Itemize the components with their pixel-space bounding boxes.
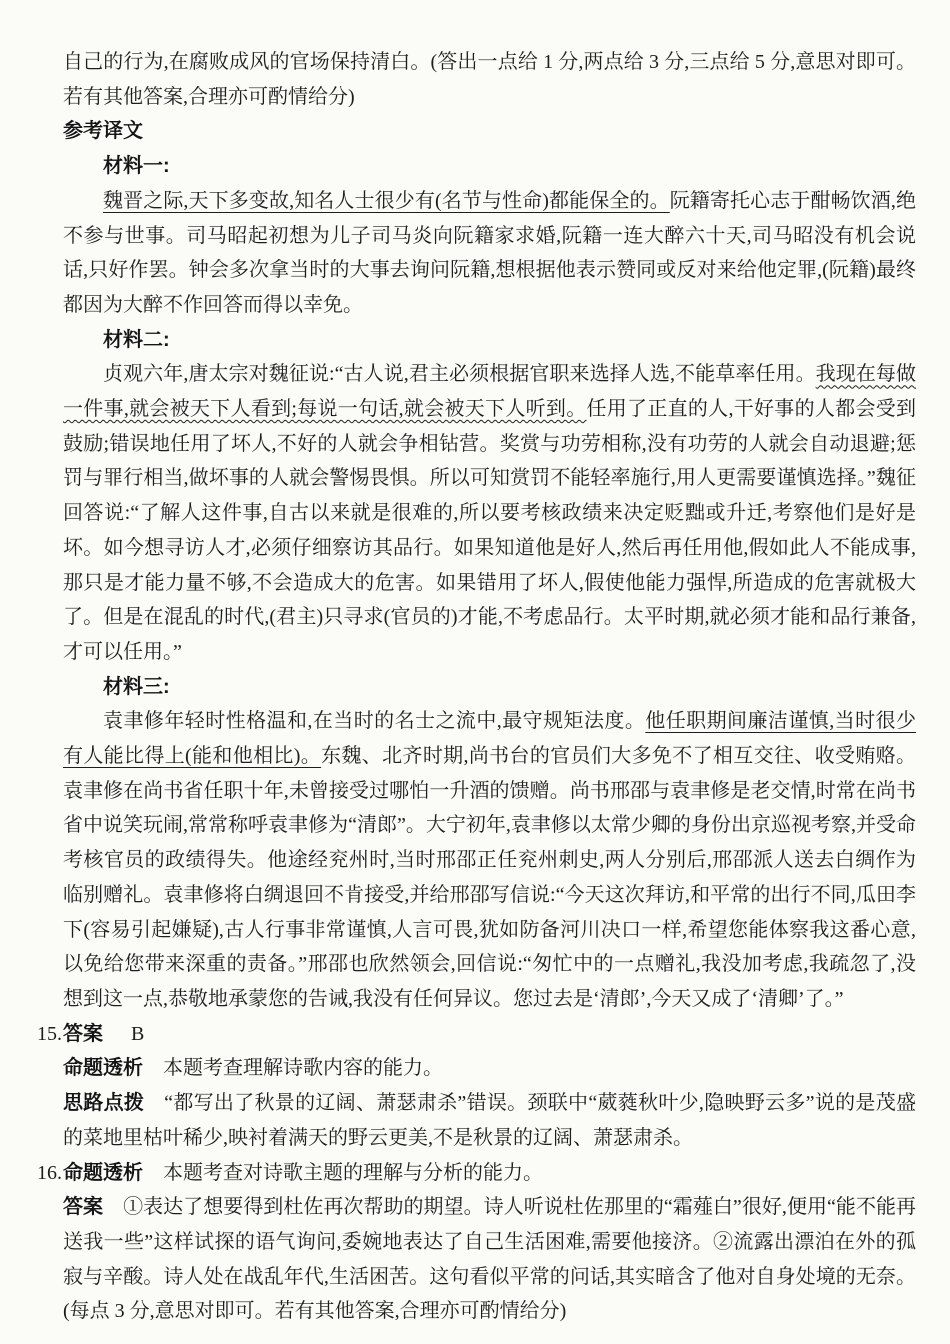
translation-text: 任用了正直的人,干好事的人都会受到鼓励;错误地任用了坏人,不好的人就会争相钻营。… (63, 398, 916, 663)
analysis-row: 命题透析本题考查对诗歌主题的理解与分析的能力。 (63, 1156, 916, 1191)
underlined-sentence: 魏晋之际,天下多变故,知名人士很少有(名节与性命)都能保全的。 (103, 190, 670, 212)
material-2-label: 材料二: (63, 323, 916, 358)
answer-choice: B (131, 1023, 144, 1045)
translation-text: 袁聿修年轻时性格温和,在当时的名士之流中,最守规矩法度。 (103, 710, 645, 732)
material-2-section: 材料二: 贞观六年,唐太宗对魏征说:“古人说,君主必须根据官职来选择人选,不能草… (63, 323, 916, 670)
material-1-section: 材料一: 魏晋之际,天下多变故,知名人士很少有(名节与性命)都能保全的。阮籍寄托… (63, 149, 916, 323)
analysis-text: 本题考查理解诗歌内容的能力。 (163, 1057, 443, 1079)
hint-label: 思路点拨 (63, 1092, 144, 1114)
intro-continuation-paragraph: 自己的行为,在腐败成风的官场保持清白。(答出一点给 1 分,两点给 3 分,三点… (63, 45, 916, 114)
hint-text: “都写出了秋景的辽阔、萧瑟肃杀”错误。颈联中“葳蕤秋叶少,隐映野云多”说的是茂盛… (63, 1092, 916, 1149)
material-3-section: 材料三: 袁聿修年轻时性格温和,在当时的名士之流中,最守规矩法度。他任职期间廉洁… (63, 670, 916, 1017)
answer-label: 答案 (63, 1023, 103, 1045)
answer-row: 答案B (63, 1017, 916, 1052)
analysis-label: 命题透析 (63, 1057, 143, 1079)
answer-item-16: 16. 命题透析本题考查对诗歌主题的理解与分析的能力。 答案①表达了想要得到杜佐… (63, 1156, 916, 1330)
answer-row: 答案①表达了想要得到杜佐再次帮助的期望。诗人听说杜佐那里的“霜薤白”很好,便用“… (63, 1190, 916, 1329)
reference-translation-heading: 参考译文 (63, 114, 916, 149)
item-number: 15. (37, 1017, 62, 1052)
translation-text: 贞观六年,唐太宗对魏征说:“古人说,君主必须根据官职来选择人选,不能草率任用。 (103, 363, 816, 385)
item-number: 16. (37, 1156, 62, 1191)
exam-answer-page: 自己的行为,在腐败成风的官场保持清白。(答出一点给 1 分,两点给 3 分,三点… (0, 0, 950, 1329)
answer-text: ①表达了想要得到杜佐再次帮助的期望。诗人听说杜佐那里的“霜薤白”很好,便用“能不… (63, 1196, 916, 1322)
answer-item-15: 15. 答案B 命题透析本题考查理解诗歌内容的能力。 思路点拨“都写出了秋景的辽… (63, 1017, 916, 1156)
answer-label: 答案 (63, 1196, 103, 1218)
analysis-label: 命题透析 (63, 1162, 143, 1184)
material-3-label: 材料三: (63, 670, 916, 705)
material-1-label: 材料一: (63, 149, 916, 184)
analysis-row: 命题透析本题考查理解诗歌内容的能力。 (63, 1051, 916, 1086)
material-1-translation: 魏晋之际,天下多变故,知名人士很少有(名节与性命)都能保全的。阮籍寄托心志于酣畅… (63, 184, 916, 323)
analysis-text: 本题考查对诗歌主题的理解与分析的能力。 (163, 1162, 543, 1184)
material-3-translation: 袁聿修年轻时性格温和,在当时的名士之流中,最守规矩法度。他任职期间廉洁谨慎,当时… (63, 704, 916, 1016)
hint-row: 思路点拨“都写出了秋景的辽阔、萧瑟肃杀”错误。颈联中“葳蕤秋叶少,隐映野云多”说… (63, 1086, 916, 1155)
material-2-translation: 贞观六年,唐太宗对魏征说:“古人说,君主必须根据官职来选择人选,不能草率任用。我… (63, 357, 916, 669)
translation-text: 东魏、北齐时期,尚书台的官员们大多免不了相互交往、收受贿赂。袁聿修在尚书省任职十… (63, 745, 916, 1010)
